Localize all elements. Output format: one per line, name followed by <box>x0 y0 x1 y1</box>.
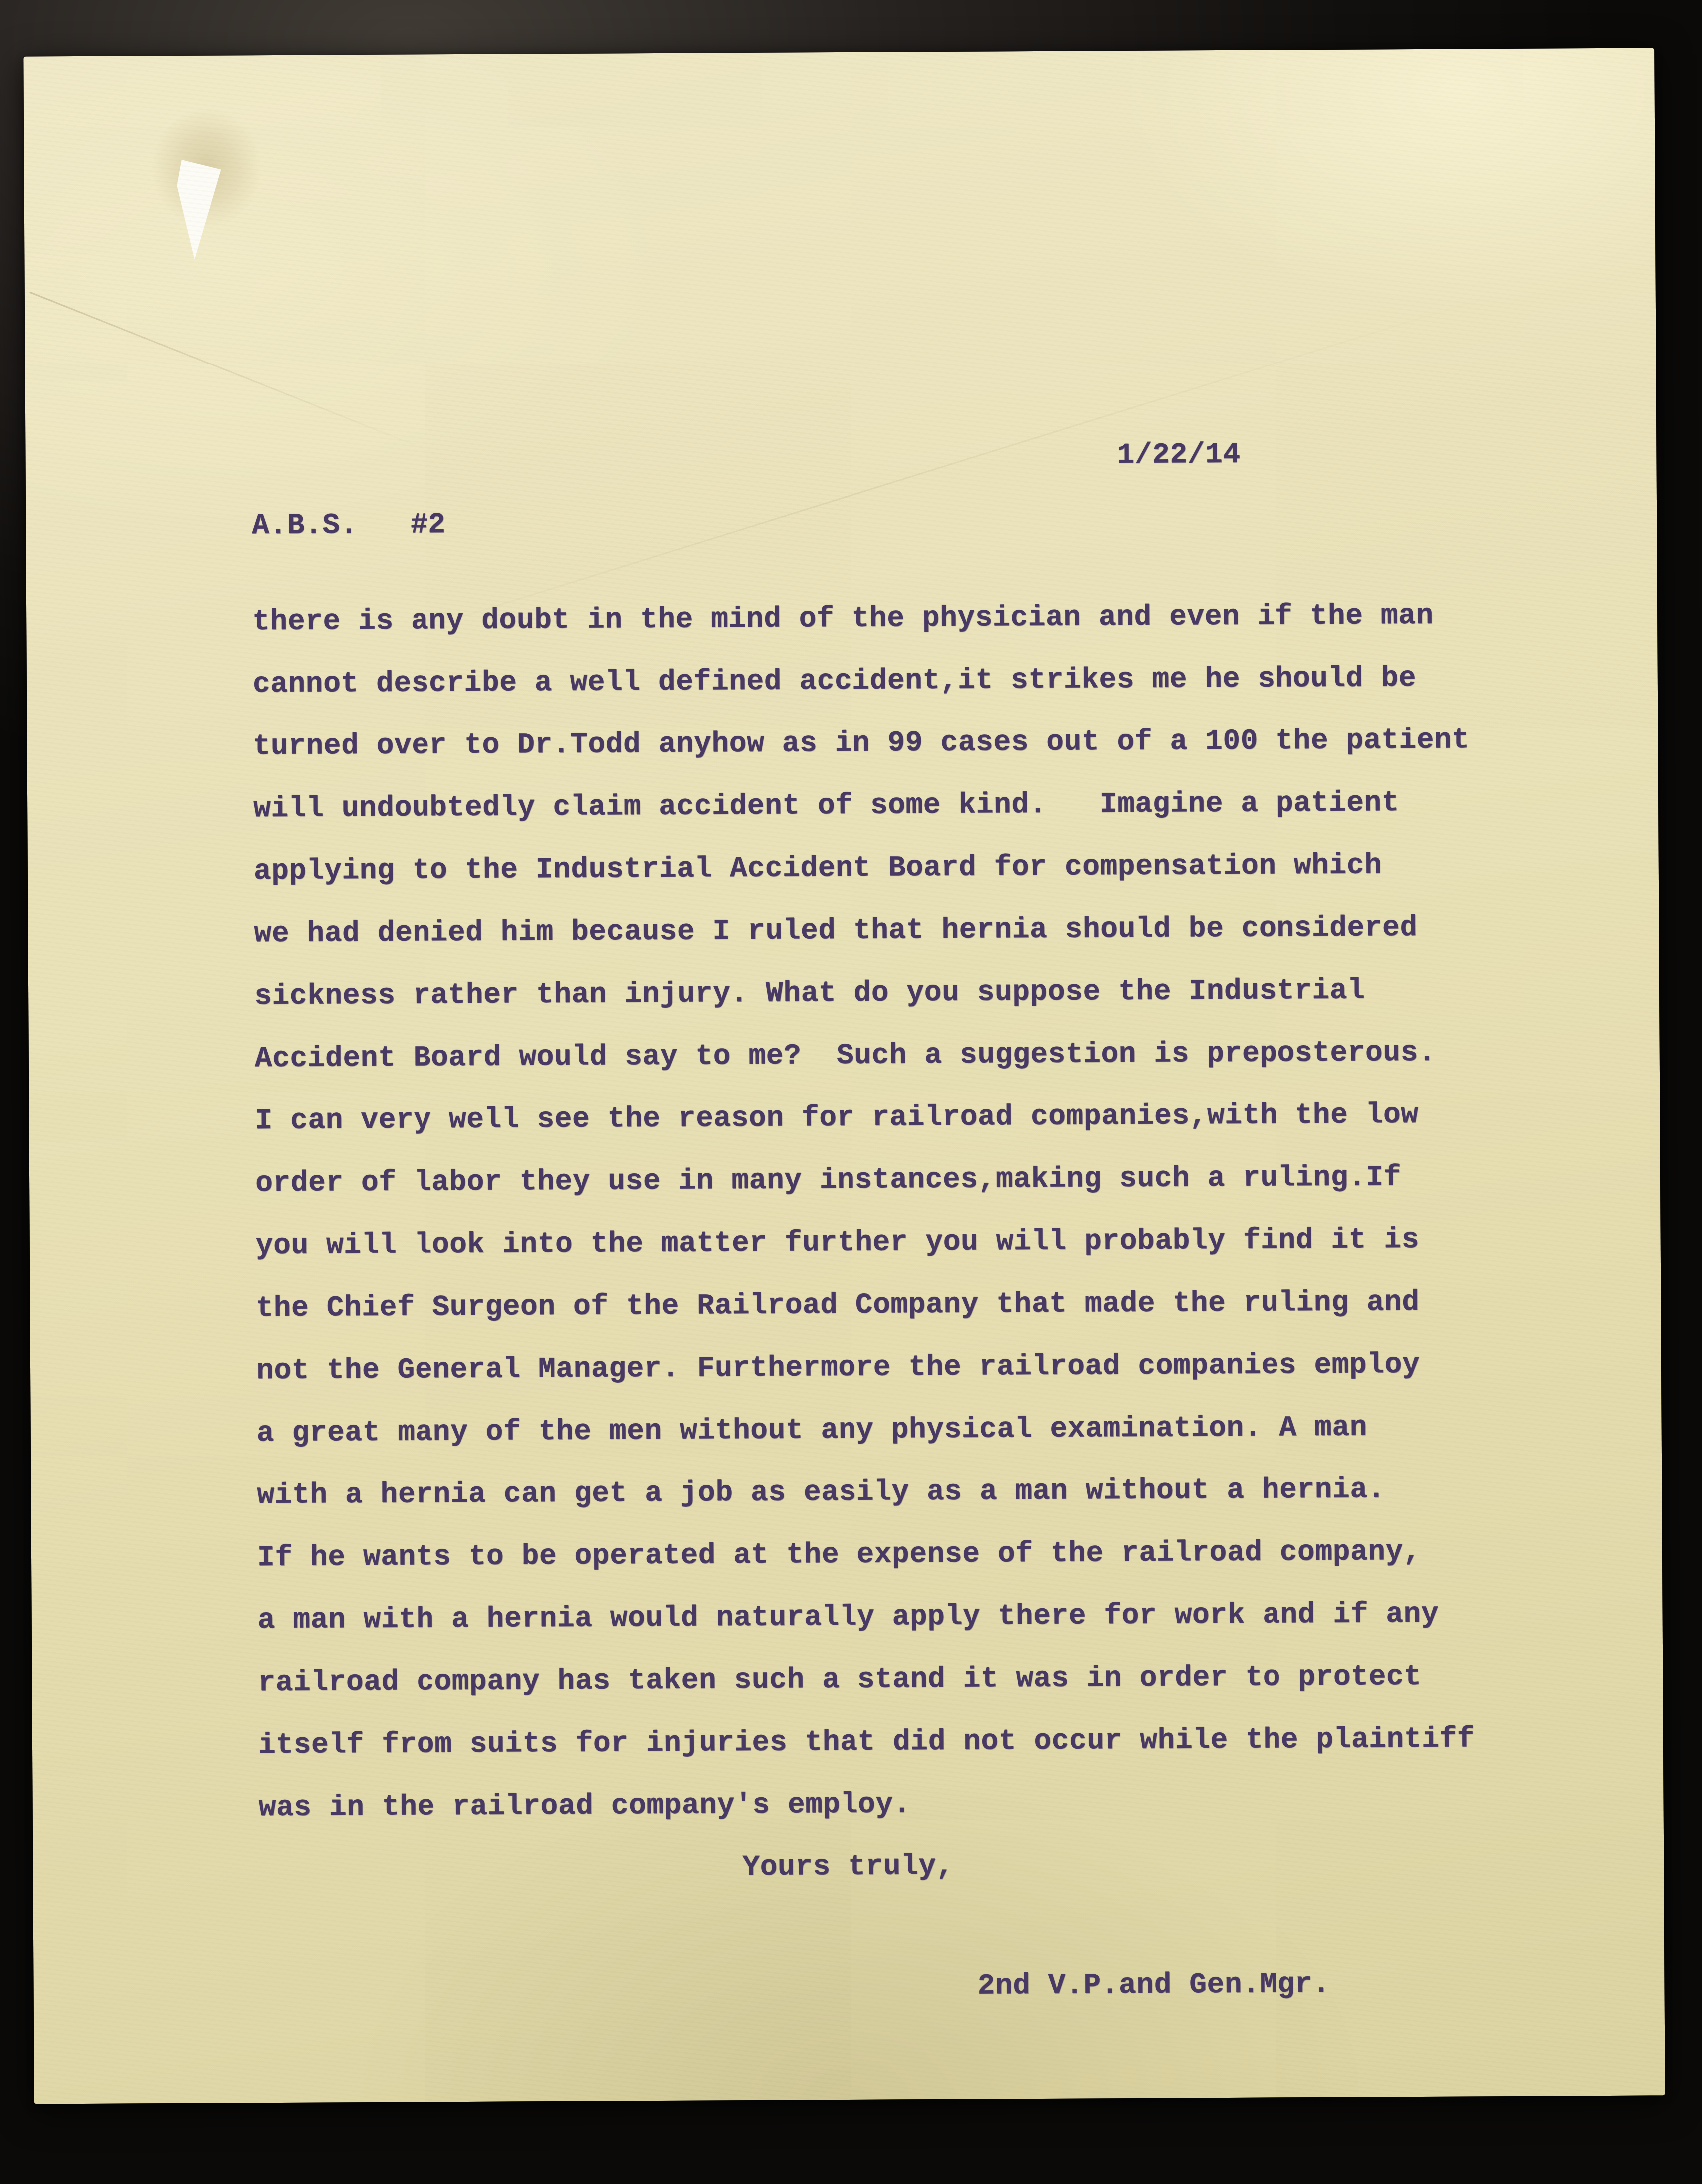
body-line: cannot describe a well defined accident,… <box>253 647 1470 716</box>
body-line: applying to the Industrial Accident Boar… <box>254 834 1471 903</box>
body-line: a man with a hernia would naturally appl… <box>257 1583 1474 1652</box>
body-line: sickness rather than injury. What do you… <box>254 959 1471 1028</box>
reference-number: A.B.S. #2 <box>252 494 446 557</box>
letter-date: 1/22/14 <box>1117 424 1241 487</box>
body-line: not the General Manager. Furthermore the… <box>256 1333 1473 1402</box>
body-line: you will look into the matter further yo… <box>255 1208 1472 1277</box>
body-line: with a hernia can get a job as easily as… <box>257 1458 1474 1527</box>
body-line: we had denied him because I ruled that h… <box>254 896 1471 965</box>
body-line: I can very well see the reason for railr… <box>255 1084 1472 1152</box>
body-line: there is any doubt in the mind of the ph… <box>252 584 1469 653</box>
letter-body: there is any doubt in the mind of the ph… <box>252 584 1475 1839</box>
body-line: the Chief Surgeon of the Railroad Compan… <box>256 1271 1473 1340</box>
body-line: was in the railroad company's employ. <box>258 1770 1475 1839</box>
body-line: If he wants to be operated at the expens… <box>257 1520 1474 1589</box>
paper-crease <box>29 292 485 474</box>
letter-paper: 1/22/14 A.B.S. #2 there is any doubt in … <box>23 48 1665 2104</box>
body-line: turned over to Dr.Todd anyhow as in 99 c… <box>253 709 1470 778</box>
body-line: order of labor they use in many instance… <box>255 1146 1472 1215</box>
body-line: a great many of the men without any phys… <box>256 1396 1473 1464</box>
body-line: railroad company has taken such a stand … <box>258 1645 1475 1714</box>
photo-background: 1/22/14 A.B.S. #2 there is any doubt in … <box>0 0 1702 2184</box>
closing-salutation: Yours truly, <box>742 1835 954 1899</box>
body-line: will undoubtedly claim accident of some … <box>253 771 1470 840</box>
signature-title: 2nd V.P.and Gen.Mgr. <box>977 1953 1330 2018</box>
body-line: Accident Board would say to me? Such a s… <box>254 1021 1471 1090</box>
body-line: itself from suits for injuries that did … <box>258 1708 1475 1777</box>
